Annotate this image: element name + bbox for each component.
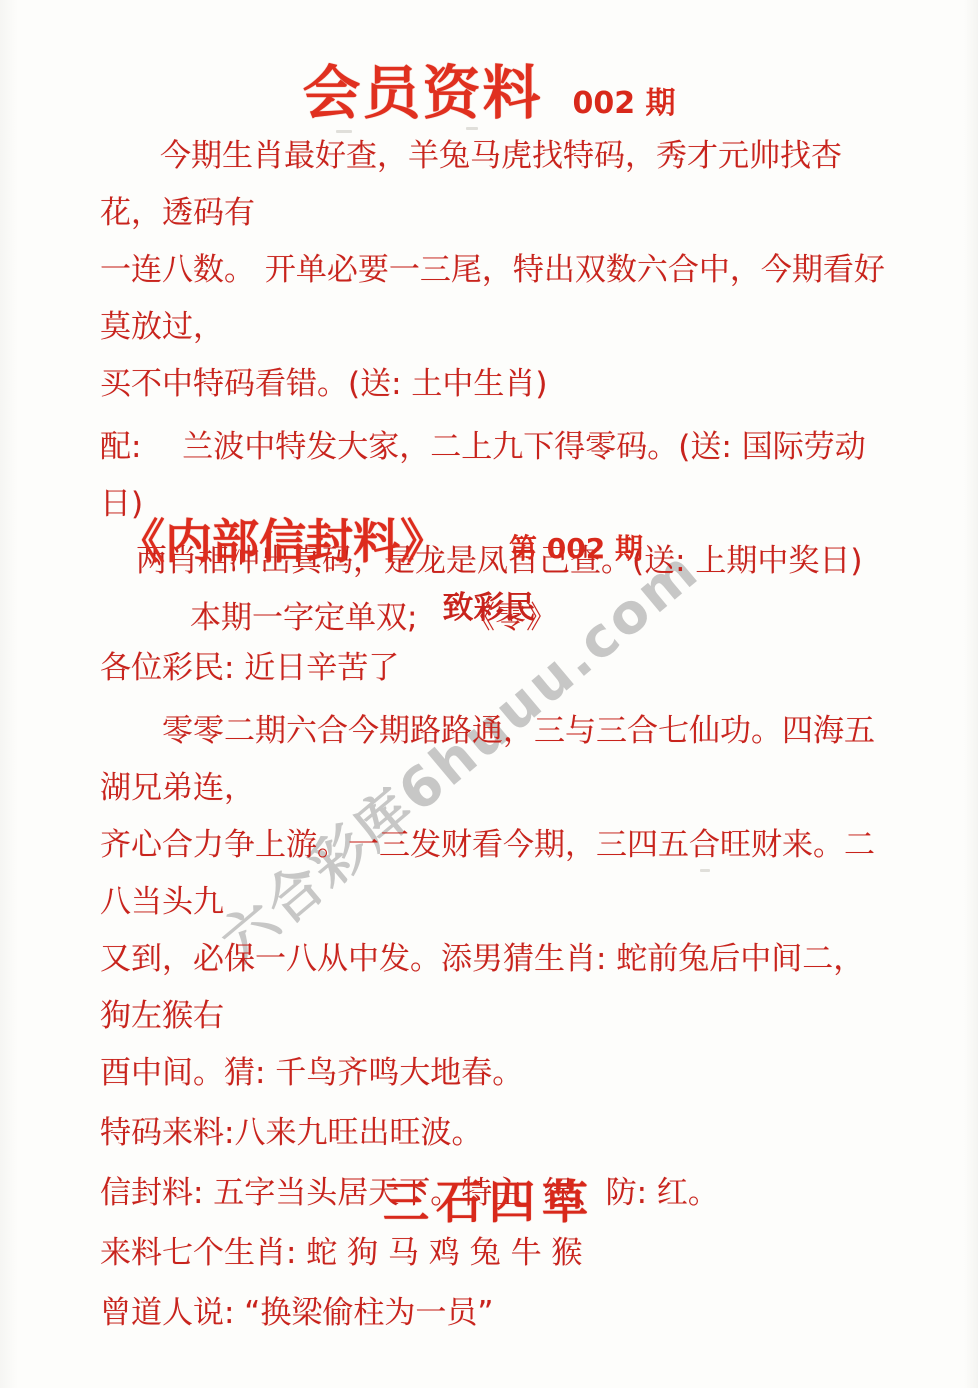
text-line: 一连八数。 开单必要一三尾，特出双数六合中，今期看好莫放过，	[100, 242, 888, 356]
text-line: 买不中特码看错。(送: 土中生肖)	[100, 356, 888, 413]
greeting-line: 各位彩民: 近日辛苦了	[100, 640, 888, 697]
scanned-lottery-flyer: 六合彩库6huuu.com 会员资料002 期 今期生肖最好查，羊兔马虎找特码，…	[0, 0, 978, 1388]
envelope-issue-number: 第 002 期	[509, 532, 643, 565]
envelope-section-body: 各位彩民: 近日辛苦了 零零二期六合今期路路通，三与三合七仙功。四海五湖兄弟连，…	[100, 640, 888, 1342]
master-quote-line: 曾道人说: “换梁偷柱为一员”	[100, 1285, 888, 1342]
salutation: 致彩民	[0, 588, 978, 628]
zodiac-tip-line: 来料七个生肖: 蛇 狗 马 鸡 兔 牛 猴	[100, 1225, 888, 1282]
scan-artifact	[336, 130, 352, 133]
member-issue-number: 002 期	[572, 86, 675, 121]
text-line: 齐心合力争上游。一三发财看今期，三四五合旺财来。二八当头九	[100, 817, 888, 931]
text-line: 零零二期六合今期路路通，三与三合七仙功。四海五湖兄弟连，	[100, 703, 888, 817]
text-line: 今期生肖最好查，羊兔马虎找特码，秀才元帅找杏花，透码有	[100, 128, 888, 242]
text-line: 又到，必保一八从中发。添男猜生肖: 蛇前兔后中间二，狗左猴右	[100, 931, 888, 1045]
envelope-title: 《内部信封料》	[118, 515, 447, 570]
member-section-header: 会员资料002 期	[0, 46, 978, 130]
envelope-section-header: 《内部信封料》第 002 期	[118, 505, 643, 572]
footer-riddle: 三石四草	[0, 1166, 978, 1232]
special-code-line: 特码来料:八来九旺出旺波。	[100, 1105, 888, 1162]
scan-artifact	[466, 127, 478, 130]
text-line: 酉中间。猜: 千鸟齐鸣大地春。	[100, 1045, 888, 1102]
scan-artifact	[700, 869, 710, 872]
member-title: 会员资料	[302, 59, 542, 127]
